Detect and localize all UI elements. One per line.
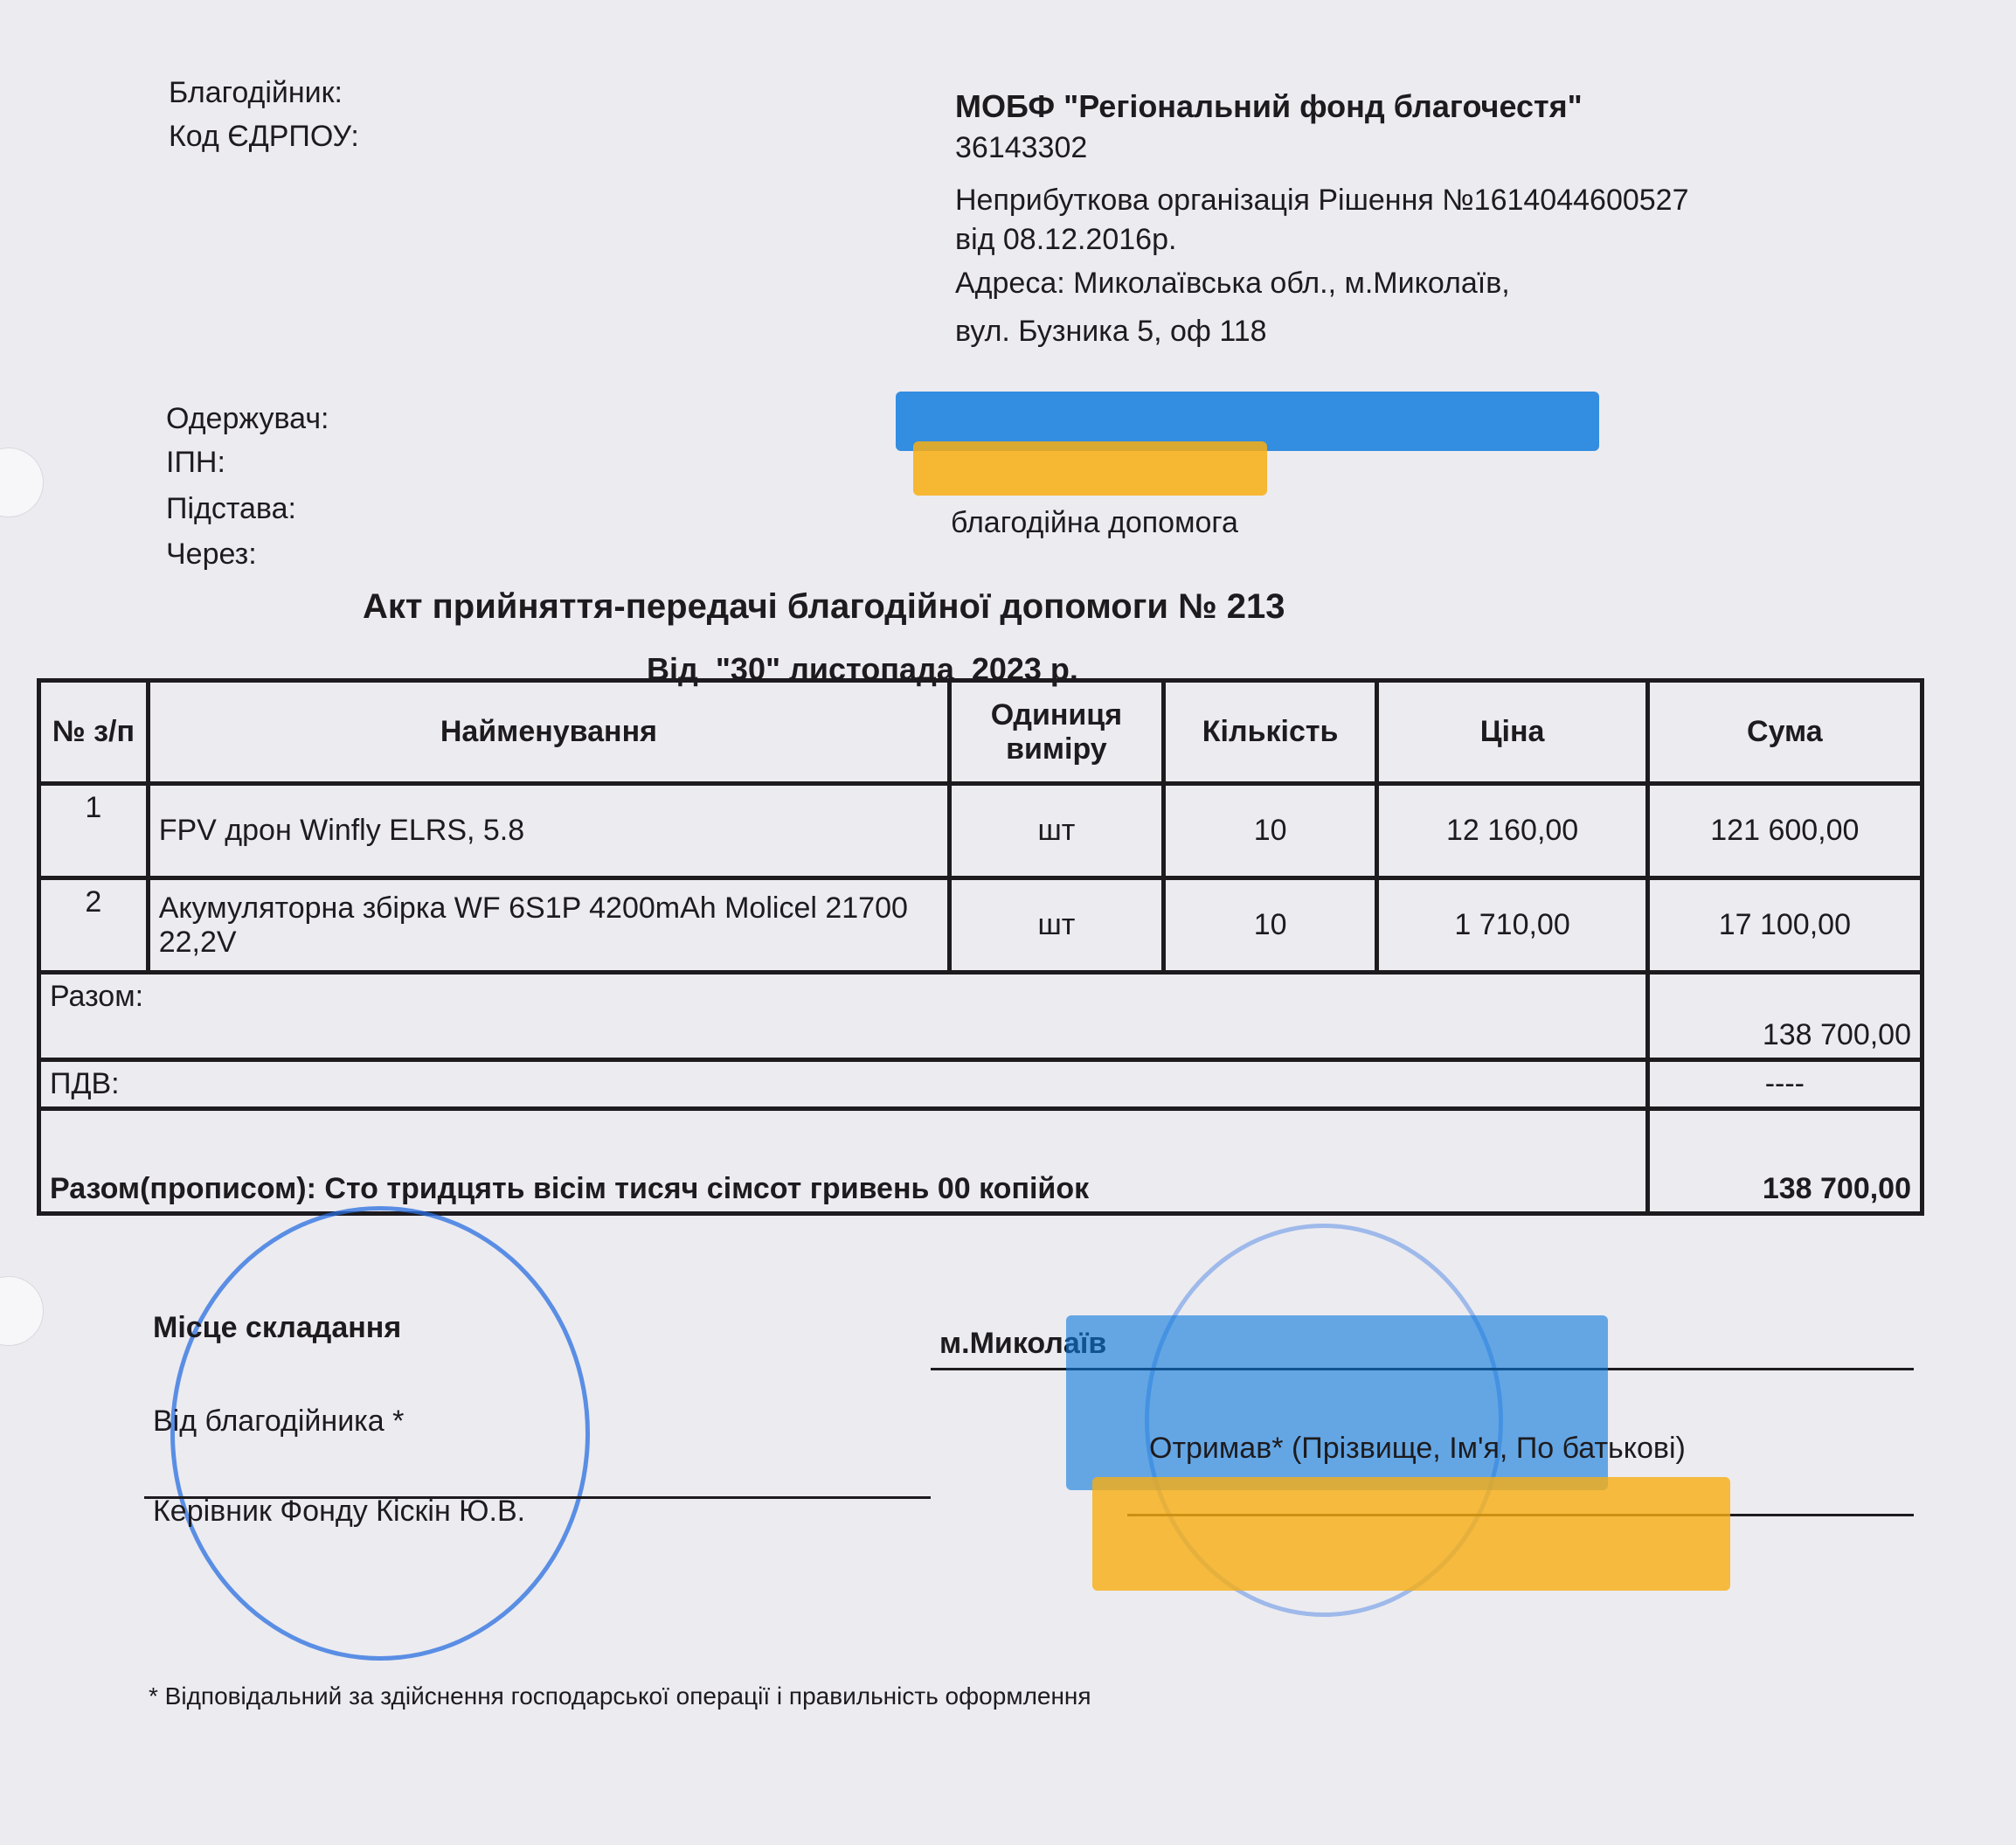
donor-label: Благодійник:: [169, 72, 343, 114]
vat-label: ПДВ:: [39, 1060, 1648, 1109]
total-in-words: Разом(прописом): Сто тридцять вісім тися…: [39, 1109, 1648, 1214]
table-row: 1 FPV дрон Winfly ELRS, 5.8 шт 10 12 160…: [39, 784, 1922, 878]
ipn-label: ІПН:: [166, 441, 225, 483]
edrpou-label: Код ЄДРПОУ:: [169, 115, 359, 157]
punch-hole: [0, 447, 44, 517]
recipient-label: Одержувач:: [166, 398, 329, 440]
vat-value: ----: [1647, 1060, 1922, 1109]
col-header-sum: Сума: [1647, 681, 1922, 784]
received-label: Отримав* (Прізвище, Ім'я, По батькові): [1149, 1427, 1686, 1469]
basis-value: благодійна допомога: [951, 502, 1238, 544]
footnote: * Відповідальний за здійснення господарс…: [149, 1682, 1091, 1710]
col-header-qty: Кількість: [1163, 681, 1377, 784]
col-header-name: Найменування: [148, 681, 949, 784]
address-line-2: вул. Бузника 5, оф 118: [955, 310, 1267, 352]
item-name: FPV дрон Winfly ELRS, 5.8: [148, 784, 949, 878]
address-line-1: Адреса: Миколаївська обл., м.Миколаїв,: [955, 262, 1510, 304]
redacted-ipn: [913, 441, 1267, 496]
donor-name: МОБФ "Регіональний фонд благочестя": [955, 86, 1583, 128]
via-label: Через:: [166, 533, 257, 575]
redacted-recipient-full-name: [1092, 1477, 1730, 1591]
total-value: 138 700,00: [1647, 973, 1922, 1060]
from-donor-label: Від благодійника *: [153, 1400, 404, 1442]
total-in-words-value: 138 700,00: [1647, 1109, 1922, 1214]
col-header-price: Ціна: [1377, 681, 1647, 784]
document-title: Акт прийняття-передачі благодійної допом…: [363, 587, 1285, 627]
punch-hole: [0, 1276, 44, 1346]
place-label: Місце складання: [153, 1311, 401, 1345]
items-table: № з/п Найменування Одиниця виміру Кількі…: [37, 678, 1924, 1216]
registration-date: від 08.12.2016р.: [955, 218, 1176, 260]
col-header-no: № з/п: [39, 681, 149, 784]
head-name: Керівник Фонду Кіскін Ю.В.: [153, 1490, 525, 1532]
col-header-unit: Одиниця виміру: [950, 681, 1164, 784]
edrpou-value: 36143302: [955, 127, 1087, 169]
basis-label: Підстава:: [166, 488, 296, 530]
item-name: Акумуляторна збірка WF 6S1P 4200mAh Moli…: [148, 878, 949, 973]
registration: Неприбуткова організація Рішення №161404…: [955, 179, 1689, 221]
total-label: Разом:: [39, 973, 1648, 1060]
table-row: 2 Акумуляторна збірка WF 6S1P 4200mAh Mo…: [39, 878, 1922, 973]
